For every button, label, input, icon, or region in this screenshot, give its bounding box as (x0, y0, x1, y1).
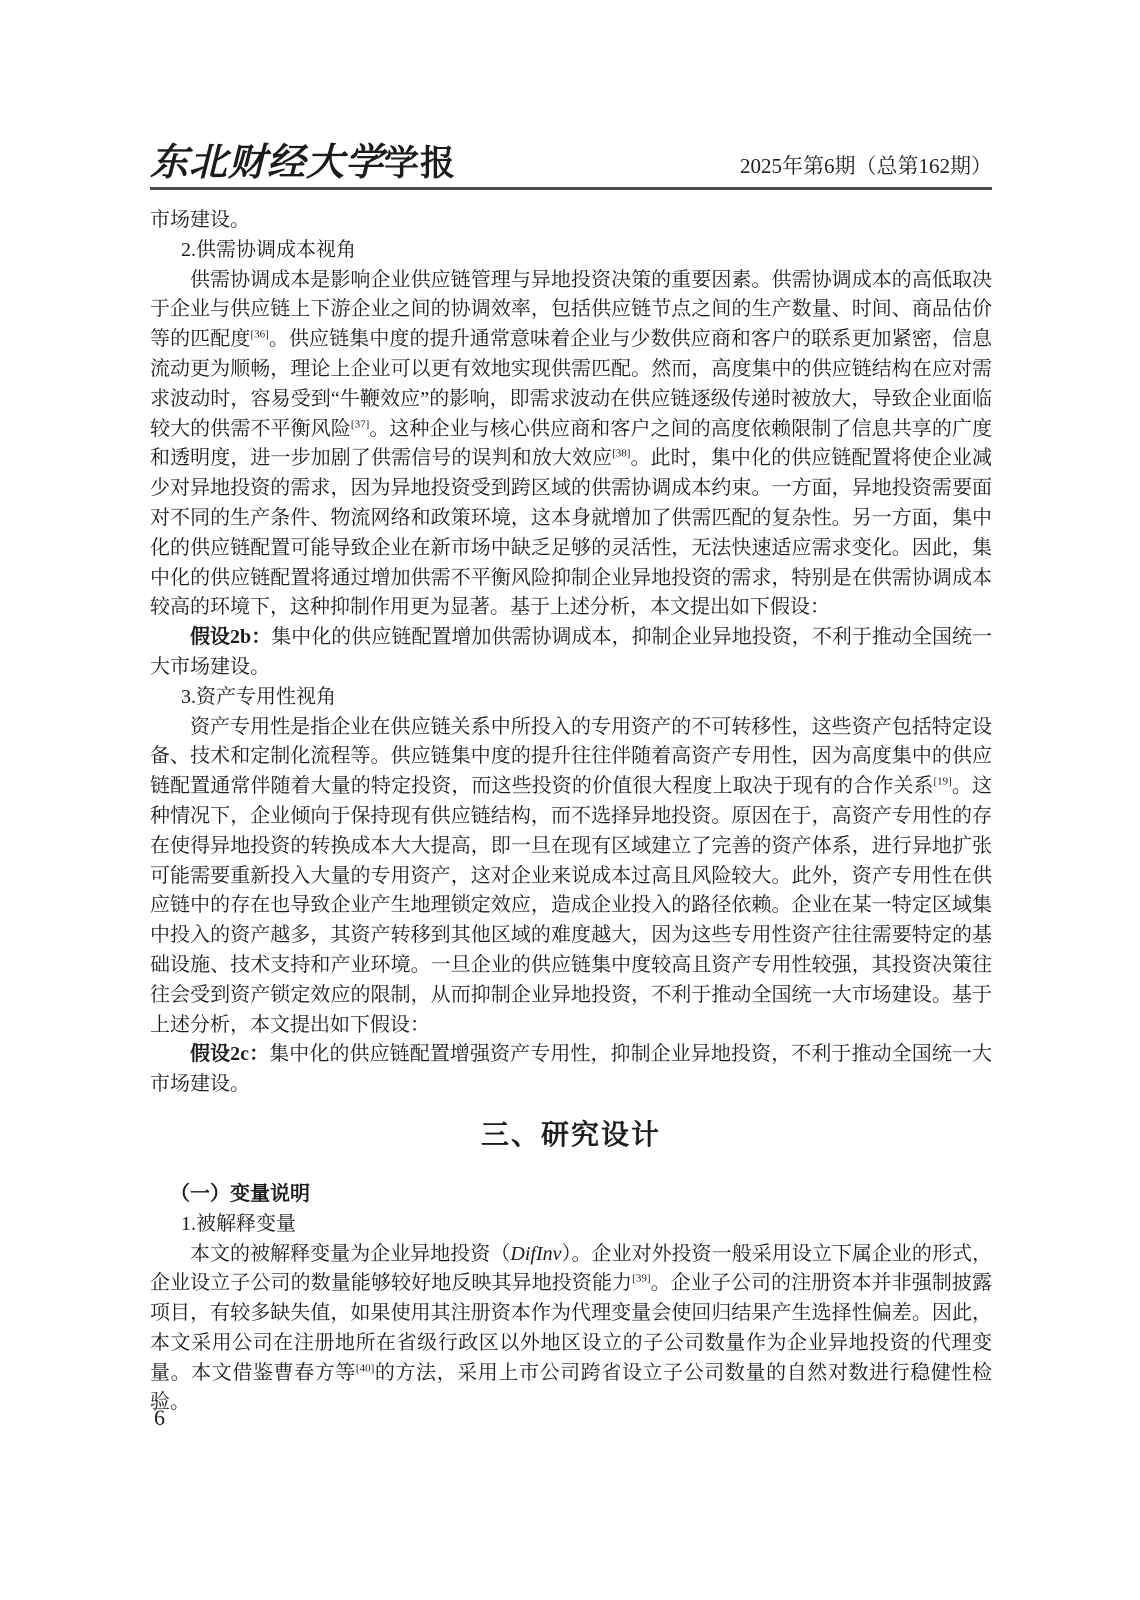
journal-page: 东北财经大学学报 2025年第6期（总第162期） 市场建设。2.供需协调成本视… (150, 0, 992, 1418)
subsection-heading-variables: （一）变量说明 (150, 1180, 992, 1210)
journal-logo-calligraphy: 东北财经大学 (150, 142, 384, 184)
citation-ref: [36] (250, 329, 268, 341)
article-body: 市场建设。2.供需协调成本视角供需协调成本是影响企业供应链管理与异地投资决策的重… (150, 206, 992, 1418)
paragraph-coordination-cost: 供需协调成本是影响企业供应链管理与异地投资决策的重要因素。供需协调成本的高低取决… (150, 266, 992, 624)
text-run: 集中化的供应链配置增加供需协调成本，抑制企业异地投资，不利于推动全国统一大市场建… (150, 626, 992, 678)
text-run: 集中化的供应链配置增强资产专用性，抑制企业异地投资，不利于推动全国统一大市场建设… (150, 1043, 992, 1095)
text-run: 3.资产专用性视角 (181, 686, 336, 708)
hypothesis-2b-paragraph: 假设2b：集中化的供应链配置增加供需协调成本，抑制企业异地投资，不利于推动全国统… (150, 623, 992, 683)
journal-logo: 东北财经大学学报 (150, 144, 456, 182)
text-run: 资产专用性是指企业在供应链关系中所投入的专用资产的不可转移性，这些资产包括特定设… (150, 716, 992, 798)
text-run: 假设2b： (190, 626, 271, 648)
text-run: 1.被解释变量 (181, 1213, 296, 1235)
hypothesis-2c-paragraph: 假设2c：集中化的供应链配置增强资产专用性，抑制企业异地投资，不利于推动全国统一… (150, 1040, 992, 1100)
text-run: 。此时，集中化的供应链配置将使企业减少对异地投资的需求，因为异地投资受到跨区域的… (150, 447, 992, 618)
journal-masthead: 东北财经大学学报 2025年第6期（总第162期） (150, 144, 992, 190)
page-number: 6 (154, 1405, 165, 1431)
citation-ref: [38] (612, 448, 630, 460)
text-run: 。这种情况下，企业倾向于保持现有供应链结构，而不选择异地投资。原因在于，高资产专… (150, 775, 992, 1035)
citation-ref: [19] (934, 775, 952, 787)
citation-ref: [37] (351, 418, 369, 430)
text-run: 2.供需协调成本视角 (181, 239, 356, 261)
text-run: 本文的被解释变量为企业异地投资（ (190, 1243, 510, 1265)
issue-info: 2025年第6期（总第162期） (740, 156, 992, 182)
citation-ref: [40] (356, 1362, 374, 1374)
text-run: 市场建设。 (150, 209, 250, 231)
paragraph-continued: 市场建设。 (150, 206, 992, 236)
subheading-2: 2.供需协调成本视角 (150, 236, 992, 266)
citation-ref: [39] (632, 1273, 650, 1285)
section-heading-research-design: 三、研究设计 (150, 1116, 992, 1156)
text-run: 三、研究设计 (481, 1120, 661, 1151)
subheading-dependent-variable: 1.被解释变量 (150, 1210, 992, 1240)
paragraph-dependent-variable: 本文的被解释变量为企业异地投资（DifInv）。企业对外投资一般采用设立下属企业… (150, 1240, 992, 1419)
text-run: DifInv (510, 1243, 561, 1265)
subheading-3: 3.资产专用性视角 (150, 683, 992, 713)
text-run: 假设2c： (190, 1043, 269, 1065)
text-run: （一）变量说明 (170, 1183, 310, 1205)
paragraph-asset-specificity: 资产专用性是指企业在供应链关系中所投入的专用资产的不可转移性，这些资产包括特定设… (150, 713, 992, 1041)
journal-logo-suffix: 学报 (384, 144, 456, 183)
